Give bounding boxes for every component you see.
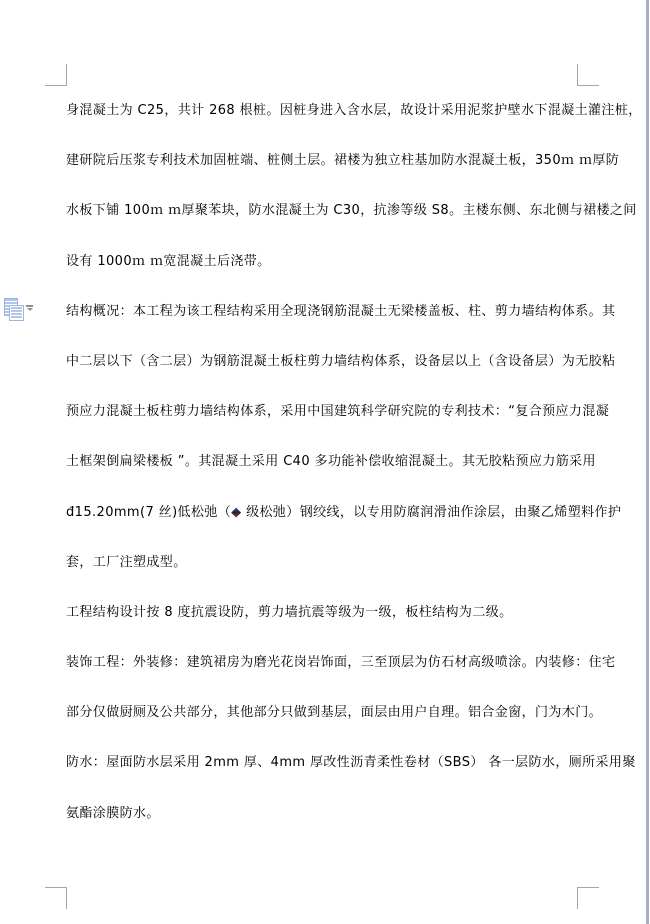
text-line[interactable]: 身混凝土为 C25，共计 268 根桩。因桩身进入含水层，故设计采用泥浆护壁水下… bbox=[66, 86, 578, 136]
text-line[interactable]: 建研院后压浆专利技术加固桩端、桩侧土层。裙楼为独立柱基加防水混凝土板，350ｍ … bbox=[66, 136, 578, 186]
text-line[interactable]: 土框架倒扁梁楼板 ”。其混凝土采用 C40 多功能补偿收缩混凝土。其无胶粘预应力… bbox=[66, 437, 578, 487]
text-line[interactable]: 中二层以下（含二层）为钢筋混凝土板柱剪力墙结构体系，设备层以上（含设备层）为无胶… bbox=[66, 337, 578, 387]
text-line[interactable]: 工程结构设计按 8 度抗震设防，剪力墙抗震等级为一级，板柱结构为二级。 bbox=[66, 588, 578, 638]
caret-bar bbox=[26, 305, 33, 307]
crop-mark-top-right bbox=[577, 64, 599, 86]
crop-mark-top-left bbox=[45, 64, 67, 86]
text-line[interactable]: 结构概况：本工程为该工程结构采用全现浇钢筋混凝土无梁楼盖板、柱、剪力墙结构体系。… bbox=[66, 287, 578, 337]
text-line[interactable]: 装饰工程：外装修：建筑裙房为磨光花岗岩饰面，三至顶层为仿石材高级喷涂。内装修：住… bbox=[66, 638, 578, 688]
paragraph-seismic: 工程结构设计按 8 度抗震设防，剪力墙抗震等级为一级，板柱结构为二级。 bbox=[66, 588, 578, 638]
strand-text-pre: đ15.20mm(7 丝)低松弛（ bbox=[66, 505, 231, 520]
paragraph-foundation: 身混凝土为 C25，共计 268 根桩。因桩身进入含水层，故设计采用泥浆护壁水下… bbox=[66, 86, 578, 287]
text-line[interactable]: 预应力混凝土板柱剪力墙结构体系，采用中国建筑科学研究院的专利技术：“复合预应力混… bbox=[66, 387, 578, 437]
text-line[interactable]: 水板下铺 100ｍ ｍ厚聚苯块，防水混凝土为 C30，抗渗等级 S8。主楼东侧、… bbox=[66, 186, 578, 236]
text-line[interactable]: 防水：屋面防水层采用 2mm 厚、4mm 厚改性沥青柔性卷材（SBS） 各一层防… bbox=[66, 738, 578, 788]
document-text-area[interactable]: 身混凝土为 C25，共计 268 根桩。因桩身进入含水层，故设计采用泥浆护壁水下… bbox=[66, 86, 578, 839]
document-page: 身混凝土为 C25，共计 268 根桩。因桩身进入含水层，故设计采用泥浆护壁水下… bbox=[0, 0, 650, 924]
page-right-edge bbox=[646, 0, 649, 924]
text-line[interactable]: 部分仅做厨厕及公共部分，其他部分只做到基层，面层由用户自理。铝合金窗，门为木门。 bbox=[66, 688, 578, 738]
paste-options-widget[interactable] bbox=[4, 297, 34, 321]
crop-mark-bottom-left bbox=[45, 887, 67, 909]
paragraph-decoration: 装饰工程：外装修：建筑裙房为磨光花岗岩饰面，三至顶层为仿石材高级喷涂。内装修：住… bbox=[66, 638, 578, 738]
caret-down-icon[interactable] bbox=[26, 305, 34, 313]
strand-text-post: 级松弛）钢绞线，以专用防腐润滑油作涂层，由聚乙烯塑料作护 bbox=[242, 505, 622, 520]
paste-options-page-icon bbox=[10, 306, 23, 320]
paragraph-structure-overview: 结构概况：本工程为该工程结构采用全现浇钢筋混凝土无梁楼盖板、柱、剪力墙结构体系。… bbox=[66, 287, 578, 588]
text-line[interactable]: 氨酯涂膜防水。 bbox=[66, 789, 578, 839]
grade-diamond-symbol: ◆ bbox=[231, 505, 241, 520]
paragraph-waterproofing: 防水：屋面防水层采用 2mm 厚、4mm 厚改性沥青柔性卷材（SBS） 各一层防… bbox=[66, 738, 578, 838]
caret-triangle bbox=[27, 308, 33, 311]
crop-mark-bottom-right bbox=[577, 887, 599, 909]
text-line-strand[interactable]: đ15.20mm(7 丝)低松弛（◆ 级松弛）钢绞线，以专用防腐润滑油作涂层，由… bbox=[66, 488, 578, 538]
text-line[interactable]: 设有 1000ｍ ｍ宽混凝土后浇带。 bbox=[66, 237, 578, 287]
text-line[interactable]: 套，工厂注塑成型。 bbox=[66, 538, 578, 588]
